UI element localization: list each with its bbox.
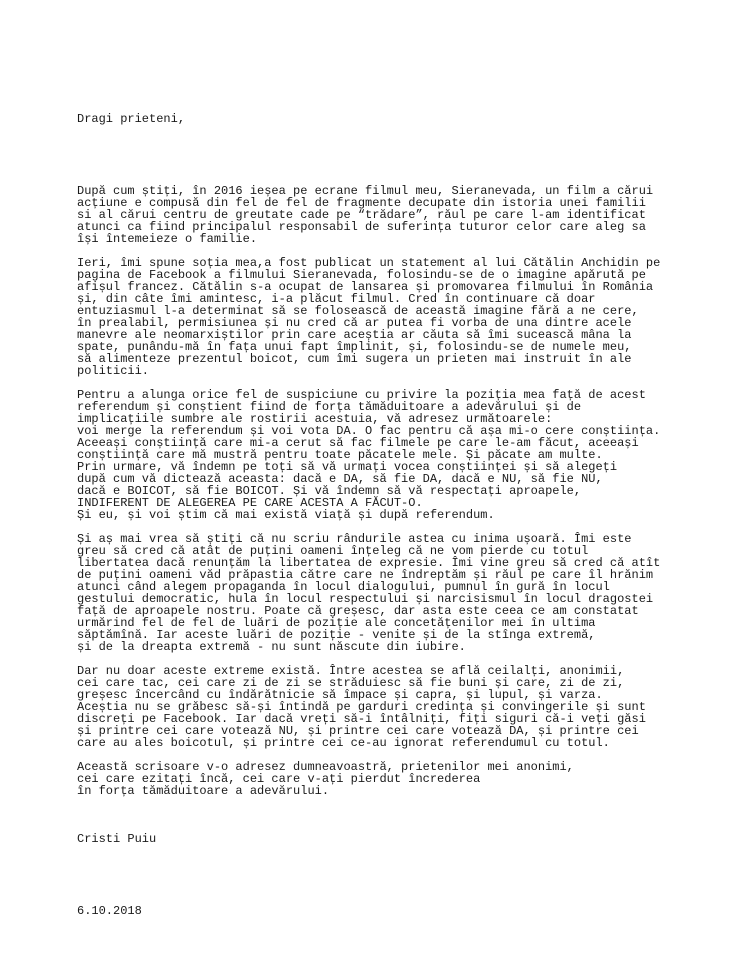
letter-date: 6.10.2018 [77,905,727,917]
letter-paragraph: Și aș mai vrea să știți că nu scriu rând… [77,533,727,665]
letter-paragraph: Această scrisoare v-o adresez dumneavoas… [77,761,727,809]
paragraph-line: își întemeieze o familie. [77,233,727,245]
letter-paragraph: După cum știți, în 2016 ieșea pe ecrane … [77,185,727,257]
paragraph-line: în forța tămăduitoare a adevărului. [77,785,727,797]
paragraph-line: politicii. [77,365,727,377]
letter-paragraph: Dar nu doar aceste extreme există. Între… [77,665,727,761]
blank-line [77,869,727,881]
paragraph-line: care au ales boicotul, și printre cei ce… [77,737,727,749]
blank-line [77,149,727,161]
letter-paragraph: Ieri, îmi spune soția mea,a fost publica… [77,257,727,389]
blank-line [77,797,727,809]
letter-greeting: Dragi prieteni, [77,113,727,125]
paragraph-line: și de la dreapta extremă - nu sunt născu… [77,641,727,653]
letter-paragraph: Pentru a alunga orice fel de suspiciune … [77,389,727,533]
letter-document: Dragi prieteni, După cum știți, în 2016 … [77,89,727,929]
letter-body: După cum știți, în 2016 ieșea pe ecrane … [77,185,727,809]
paragraph-line: Și eu, și voi știm că mai există viață ș… [77,509,727,521]
letter-signature: Cristi Puiu [77,833,727,845]
paragraph-line: să alimenteze prezentul boicot, cum îmi … [77,353,727,365]
